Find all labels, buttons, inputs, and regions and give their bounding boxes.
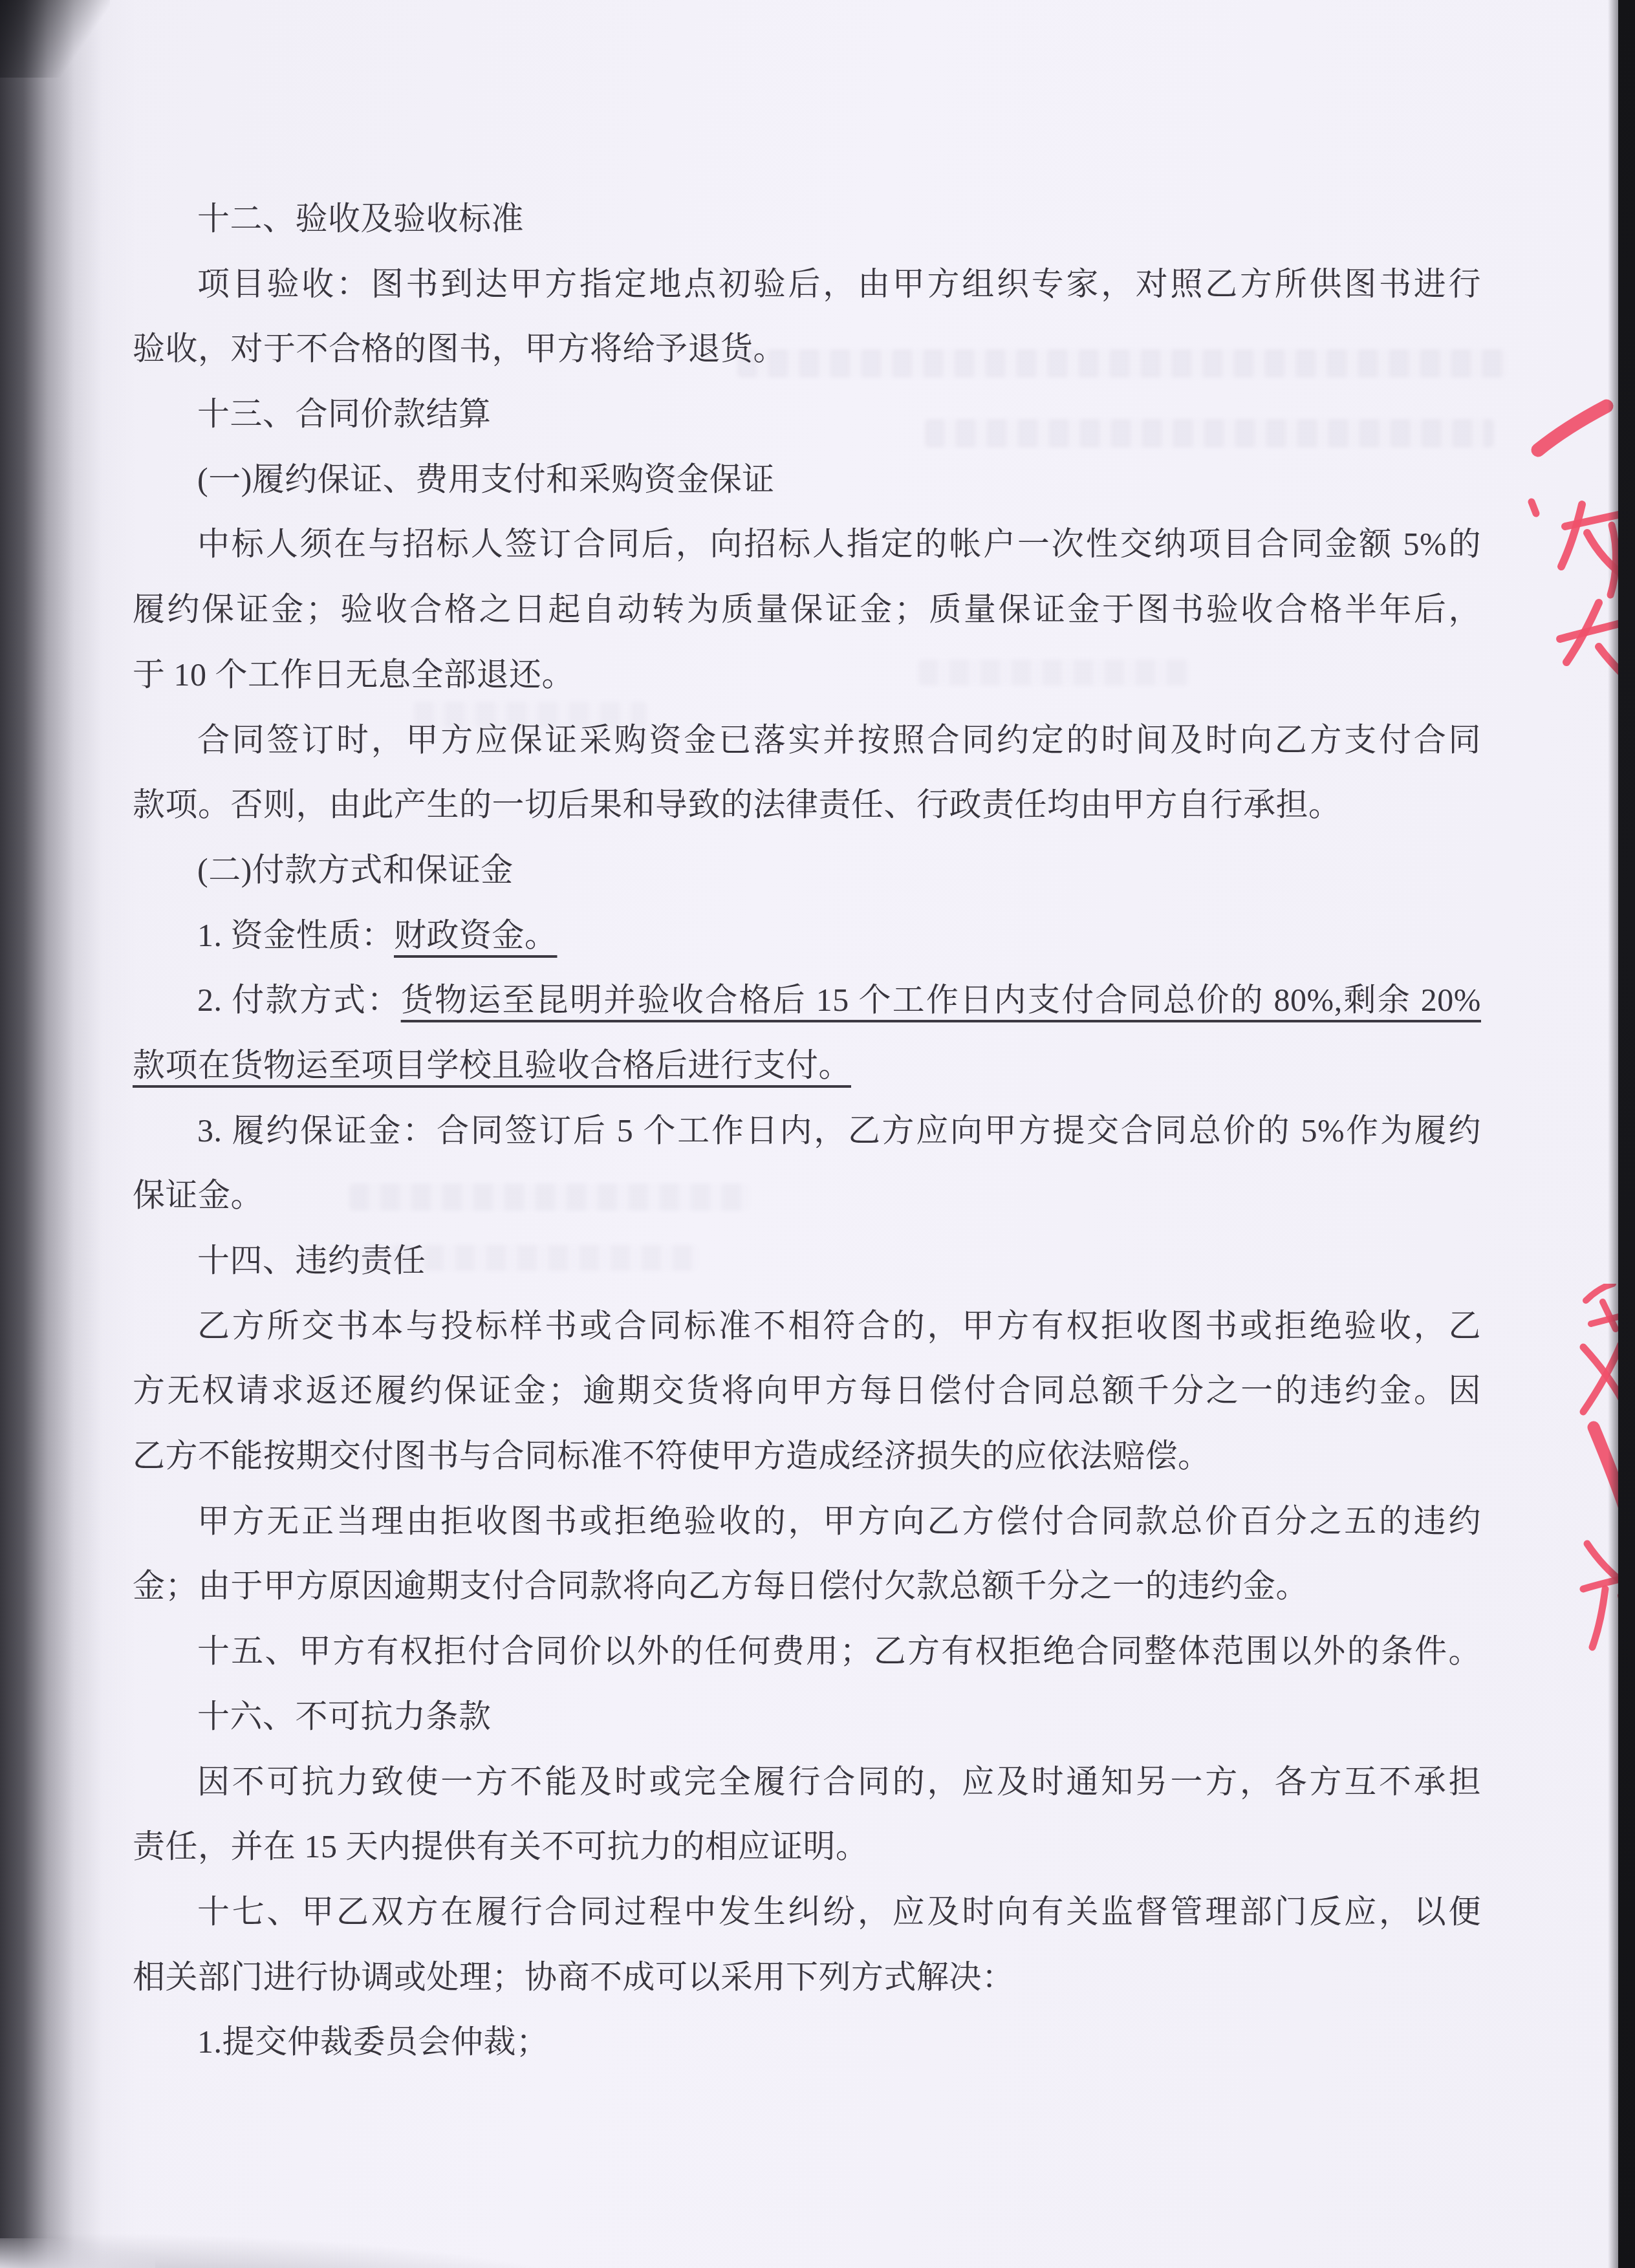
text-segment: 3. 履约保证金：合同签订后 5 个工作日内，乙方应向甲方提交合同总价的 5%作… (197, 1112, 1481, 1149)
text-segment: 款项。否则，由此产生的一切后果和导致的法律责任、行政责任均由甲方自行承担。 (133, 786, 1341, 823)
text-segment: 因不可抗力致使一方不能及时或完全履行合同的，应及时通知另一方，各方互不承担 (197, 1764, 1481, 1800)
scanned-page: 十二、验收及验收标准项目验收：图书到达甲方指定地点初验后，由甲方组织专家，对照乙… (0, 0, 1635, 2268)
text-segment: 十四、违约责任 (197, 1242, 426, 1279)
text-segment: 十五、甲方有权拒付合同价以外的任何费用；乙方有权拒绝合同整体范围以外的条件。 (197, 1633, 1481, 1669)
text-segment: 十六、不可抗力条款 (197, 1698, 492, 1734)
contract-line: 款项。否则，由此产生的一切后果和导致的法律责任、行政责任均由甲方自行承担。 (133, 772, 1481, 837)
underlined-text: 款项在货物运至项目学校且验收合格后进行支付。 (133, 1047, 851, 1083)
contract-text-block: 十二、验收及验收标准项目验收：图书到达甲方指定地点初验后，由甲方组织专家，对照乙… (133, 186, 1481, 2075)
underlined-text: 财政资金。 (394, 917, 558, 953)
text-segment: 合同签订时，甲方应保证采购资金已落实并按照合同约定的时间及时向乙方支付合同 (197, 722, 1481, 758)
text-segment: 乙方不能按期交付图书与合同标准不符使甲方造成经济损失的应依法赔偿。 (133, 1438, 1211, 1474)
section-heading-16: 十六、不可抗力条款 (133, 1684, 1481, 1749)
text-segment: 验收，对于不合格的图书，甲方将给予退货。 (133, 330, 786, 367)
contract-line: 合同签订时，甲方应保证采购资金已落实并按照合同约定的时间及时向乙方支付合同 (133, 707, 1481, 773)
text-segment: 1. 资金性质： (197, 917, 394, 953)
section-heading-13: 十三、合同价款结算 (133, 382, 1481, 447)
contract-line: 责任，并在 15 天内提供有关不可抗力的相应证明。 (133, 1814, 1481, 1879)
text-segment: 保证金。 (133, 1177, 263, 1213)
contract-line: 项目验收：图书到达甲方指定地点初验后，由甲方组织专家，对照乙方所供图书进行 (133, 252, 1481, 317)
numbered-item-2: 2. 付款方式：货物运至昆明并验收合格后 15 个工作日内支付合同总价的 80%… (133, 967, 1481, 1033)
section-heading-12: 十二、验收及验收标准 (133, 186, 1481, 252)
section-heading-15: 十五、甲方有权拒付合同价以外的任何费用；乙方有权拒绝合同整体范围以外的条件。 (133, 1619, 1481, 1684)
text-segment: 2. 付款方式： (197, 982, 401, 1018)
contract-line: 因不可抗力致使一方不能及时或完全履行合同的，应及时通知另一方，各方互不承担 (133, 1749, 1481, 1815)
text-segment: 十七、甲乙双方在履行合同过程中发生纠纷，应及时向有关监督管理部门反应，以便 (197, 1894, 1481, 1930)
contract-line: 乙方不能按期交付图书与合同标准不符使甲方造成经济损失的应依法赔偿。 (133, 1423, 1481, 1489)
text-segment: 方无权请求返还履约保证金；逾期交货将向甲方每日偿付合同总额千分之一的违约金。因 (133, 1372, 1481, 1409)
contract-line: 中标人须在与招标人签订合同后，向招标人指定的帐户一次性交纳项目合同金额 5%的 (133, 512, 1481, 577)
text-segment: 1.提交仲裁委员会仲裁； (197, 2024, 549, 2060)
underlined-text: 货物运至昆明并验收合格后 15 个工作日内支付合同总价的 80%,剩余 20% (401, 982, 1481, 1018)
bottom-left-page-sliver (0, 2238, 155, 2268)
text-segment: (一)履约保证、费用支付和采购资金保证 (197, 461, 775, 497)
text-segment: 责任，并在 15 天内提供有关不可抗力的相应证明。 (133, 1828, 869, 1864)
text-segment: 履约保证金；验收合格之日起自动转为质量保证金；质量保证金于图书验收合格半年后， (133, 591, 1481, 627)
text-segment: 于 10 个工作日无息全部退还。 (133, 656, 574, 693)
contract-line: 金；由于甲方原因逾期支付合同款将向乙方每日偿付欠款总额千分之一的违约金。 (133, 1553, 1481, 1619)
scanner-background-edge (1618, 0, 1635, 2268)
text-segment: 乙方所交书本与投标样书或合同标准不相符合的，甲方有权拒收图书或拒绝验收，乙 (197, 1308, 1481, 1344)
section-heading-14: 十四、违约责任 (133, 1228, 1481, 1293)
contract-paper-sheet: 十二、验收及验收标准项目验收：图书到达甲方指定地点初验后，由甲方组织专家，对照乙… (0, 0, 1635, 2268)
paper-edge-shadow (1608, 0, 1618, 2268)
contract-line: 乙方所交书本与投标样书或合同标准不相符合的，甲方有权拒收图书或拒绝验收，乙 (133, 1293, 1481, 1359)
contract-line: 验收，对于不合格的图书，甲方将给予退货。 (133, 316, 1481, 382)
text-segment: 相关部门进行协调或处理；协商不成可以采用下列方式解决： (133, 1959, 1015, 1995)
text-segment: (二)付款方式和保证金 (197, 852, 514, 888)
contract-line: 于 10 个工作日无息全部退还。 (133, 642, 1481, 707)
contract-line: 甲方无正当理由拒收图书或拒绝验收的，甲方向乙方偿付合同款总价百分之五的违约 (133, 1489, 1481, 1554)
numbered-item-3: 3. 履约保证金：合同签订后 5 个工作日内，乙方应向甲方提交合同总价的 5%作… (133, 1098, 1481, 1163)
contract-line: 方无权请求返还履约保证金；逾期交货将向甲方每日偿付合同总额千分之一的违约金。因 (133, 1358, 1481, 1423)
text-segment: 项目验收：图书到达甲方指定地点初验后，由甲方组织专家，对照乙方所供图书进行 (197, 266, 1481, 302)
contract-line: 相关部门进行协调或处理；协商不成可以采用下列方式解决： (133, 1945, 1481, 2010)
numbered-item-1: 1. 资金性质：财政资金。 (133, 903, 1481, 968)
subsection-heading-2: (二)付款方式和保证金 (133, 837, 1481, 903)
section-heading-17: 十七、甲乙双方在履行合同过程中发生纠纷，应及时向有关监督管理部门反应，以便 (133, 1879, 1481, 1945)
subsection-heading-1: (一)履约保证、费用支付和采购资金保证 (133, 447, 1481, 512)
text-segment: 十三、合同价款结算 (197, 396, 492, 432)
contract-line: 履约保证金；验收合格之日起自动转为质量保证金；质量保证金于图书验收合格半年后， (133, 577, 1481, 642)
text-segment: 十二、验收及验收标准 (197, 200, 524, 237)
text-segment: 中标人须在与招标人签订合同后，向招标人指定的帐户一次性交纳项目合同金额 5%的 (197, 526, 1481, 562)
text-segment: 金；由于甲方原因逾期支付合同款将向乙方每日偿付欠款总额千分之一的违约金。 (133, 1568, 1308, 1604)
contract-line: 款项在货物运至项目学校且验收合格后进行支付。 (133, 1033, 1481, 1098)
numbered-item-arbitration: 1.提交仲裁委员会仲裁； (133, 2009, 1481, 2075)
text-segment: 甲方无正当理由拒收图书或拒绝验收的，甲方向乙方偿付合同款总价百分之五的违约 (197, 1503, 1481, 1539)
contract-line: 保证金。 (133, 1163, 1481, 1228)
